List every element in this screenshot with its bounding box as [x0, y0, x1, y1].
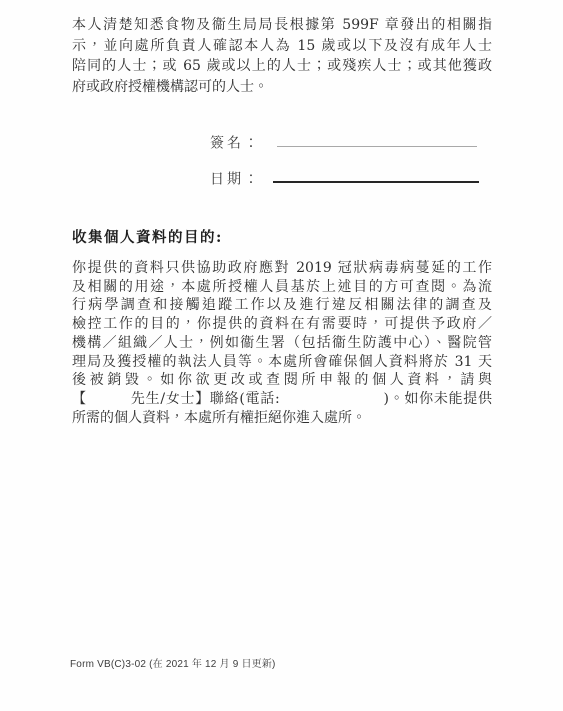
form-document-page: 本人清楚知悉食物及衞生局局長根據第 599F 章發出的相關指 示，並向處所負責人… [0, 0, 563, 711]
privacy-line: 檢控工作的目的，你提供的資料在有需要時，可提供予政府／ [72, 315, 492, 334]
signature-row: 簽名： [210, 133, 477, 152]
privacy-line: 所需的個人資料，本處所有權拒絕你進入處所。 [72, 409, 492, 428]
declaration-line: 府或政府授權機構認可的人士。 [72, 77, 492, 98]
privacy-line: 行病學調查和接觸追蹤工作以及進行違反相關法律的調查及 [72, 296, 492, 315]
privacy-line: 理局及獲授權的執法人員等。本處所會確保個人資料將於 31 天 [72, 353, 492, 372]
date-row: 日期： [210, 168, 479, 188]
privacy-line: 機構／組織／人士，例如衞生署（包括衞生防護中心）、醫院管 [72, 334, 492, 353]
date-label: 日期： [210, 171, 261, 187]
declaration-line: 本人清楚知悉食物及衞生局局長根據第 599F 章發出的相關指 [72, 15, 492, 36]
declaration-line: 陪同的人士；或 65 歲或以上的人士；或殘疾人士；或其他獲政 [72, 56, 492, 77]
declaration-paragraph: 本人清楚知悉食物及衞生局局長根據第 599F 章發出的相關指 示，並向處所負責人… [72, 15, 492, 97]
declaration-line: 示，並向處所負責人確認本人為 15 歲或以下及沒有成年人士 [72, 36, 492, 57]
form-reference: Form VB(C)3-02 (在 2021 年 12 月 9 日更新) [70, 655, 276, 670]
date-blank-line [273, 168, 479, 183]
privacy-line: 後被銷毀。如你欲更改或查閱所申報的個人資料，請與 [72, 371, 492, 390]
privacy-paragraph: 你提供的資料只供協助政府應對 2019 冠狀病毒病蔓延的工作 及相關的用途，本處… [72, 259, 492, 427]
privacy-line: 及相關的用途，本處所授權人員基於上述目的方可查閱。為流 [72, 278, 492, 297]
privacy-section-heading: 收集個人資料的目的: [72, 226, 223, 247]
privacy-line: 【 先生/女士】聯絡(電話: )。如你未能提供 [72, 390, 492, 409]
signature-blank-line [277, 133, 477, 147]
privacy-line: 你提供的資料只供協助政府應對 2019 冠狀病毒病蔓延的工作 [72, 259, 492, 278]
signature-label: 簽名： [210, 135, 261, 151]
